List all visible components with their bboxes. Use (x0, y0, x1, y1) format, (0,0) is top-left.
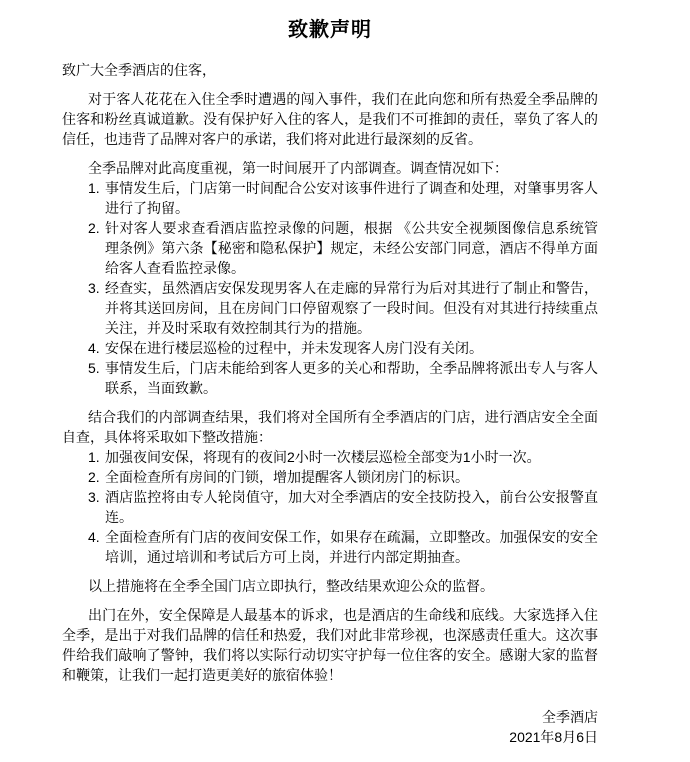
intro-paragraph: 对于客人花花在入住全季时遭遇的闯入事件，我们在此向您和所有热爱全季品牌的住客和粉… (62, 89, 598, 149)
list-item-number: 2. (88, 467, 100, 487)
signature-block: 全季酒店 2021年8月6日 (62, 707, 598, 747)
list-item: 5. 事情发生后，门店未能给到客人更多的关心和帮助，全季品牌将派出专人与客人联系… (62, 358, 598, 398)
list-item-text: 加强夜间安保，将现有的夜间2小时一次楼层巡检全部变为1小时一次。 (105, 449, 541, 465)
list-item-text: 针对客人要求查看酒店监控录像的问题，根据 《公共安全视频图像信息系统管理条例》第… (105, 220, 598, 276)
investigation-findings-list: 1. 事情发生后，门店第一时间配合公安对该事件进行了调查和处理，对肇事男客人进行… (62, 178, 598, 398)
list-item: 3. 酒店监控将由专人轮岗值守，加大对全季酒店的安全技防投入，前台公安报警直连。 (62, 487, 598, 527)
list-item-text: 全面检查所有门店的夜间安保工作，如果存在疏漏，立即整改。加强保安的安全培训，通过… (105, 529, 598, 565)
list-item-text: 全面检查所有房间的门锁，增加提醒客人锁闭房门的标识。 (105, 469, 469, 485)
execution-note: 以上措施将在全季全国门店立即执行，整改结果欢迎公众的监督。 (62, 576, 598, 596)
list-item-number: 4. (88, 527, 100, 547)
list-item-number: 1. (88, 178, 100, 198)
list-item-text: 酒店监控将由专人轮岗值守，加大对全季酒店的安全技防投入，前台公安报警直连。 (105, 489, 598, 525)
corrective-measures-list: 1. 加强夜间安保，将现有的夜间2小时一次楼层巡检全部变为1小时一次。 2. 全… (62, 447, 598, 567)
list-item-number: 3. (88, 278, 100, 298)
list-item-text: 安保在进行楼层巡检的过程中，并未发现客人房门没有关闭。 (105, 340, 483, 356)
list-item: 1. 加强夜间安保，将现有的夜间2小时一次楼层巡检全部变为1小时一次。 (62, 447, 598, 467)
signature-date: 2021年8月6日 (62, 727, 598, 747)
investigation-intro: 全季品牌对此高度重视，第一时间展开了内部调查。调查情况如下： (62, 158, 598, 178)
list-item: 4. 安保在进行楼层巡检的过程中，并未发现客人房门没有关闭。 (62, 338, 598, 358)
closing-paragraph: 出门在外，安全保障是人最基本的诉求，也是酒店的生命线和底线。大家选择入住全季，是… (62, 605, 598, 685)
salutation: 致广大全季酒店的住客， (62, 60, 598, 80)
list-item: 1. 事情发生后，门店第一时间配合公安对该事件进行了调查和处理，对肇事男客人进行… (62, 178, 598, 218)
list-item-number: 5. (88, 358, 100, 378)
measures-intro: 结合我们的内部调查结果，我们将对全国所有全季酒店的门店，进行酒店安全全面自查，具… (62, 407, 598, 447)
list-item-text: 经查实，虽然酒店安保发现男客人在走廊的异常行为后对其进行了制止和警告，并将其送回… (105, 280, 598, 336)
list-item: 3. 经查实，虽然酒店安保发现男客人在走廊的异常行为后对其进行了制止和警告，并将… (62, 278, 598, 338)
list-item-text: 事情发生后，门店第一时间配合公安对该事件进行了调查和处理，对肇事男客人进行了拘留… (105, 180, 598, 216)
list-item: 2. 针对客人要求查看酒店监控录像的问题，根据 《公共安全视频图像信息系统管理条… (62, 218, 598, 278)
list-item: 2. 全面检查所有房间的门锁，增加提醒客人锁闭房门的标识。 (62, 467, 598, 487)
signature-name: 全季酒店 (62, 707, 598, 727)
list-item-number: 3. (88, 487, 100, 507)
list-item-number: 1. (88, 447, 100, 467)
list-item: 4. 全面检查所有门店的夜间安保工作，如果存在疏漏，立即整改。加强保安的安全培训… (62, 527, 598, 567)
list-item-number: 4. (88, 338, 100, 358)
apology-document: 致歉声明 致广大全季酒店的住客， 对于客人花花在入住全季时遭遇的闯入事件，我们在… (0, 0, 690, 762)
list-item-text: 事情发生后，门店未能给到客人更多的关心和帮助，全季品牌将派出专人与客人联系，当面… (105, 360, 598, 396)
document-title: 致歉声明 (62, 16, 598, 44)
list-item-number: 2. (88, 218, 100, 238)
